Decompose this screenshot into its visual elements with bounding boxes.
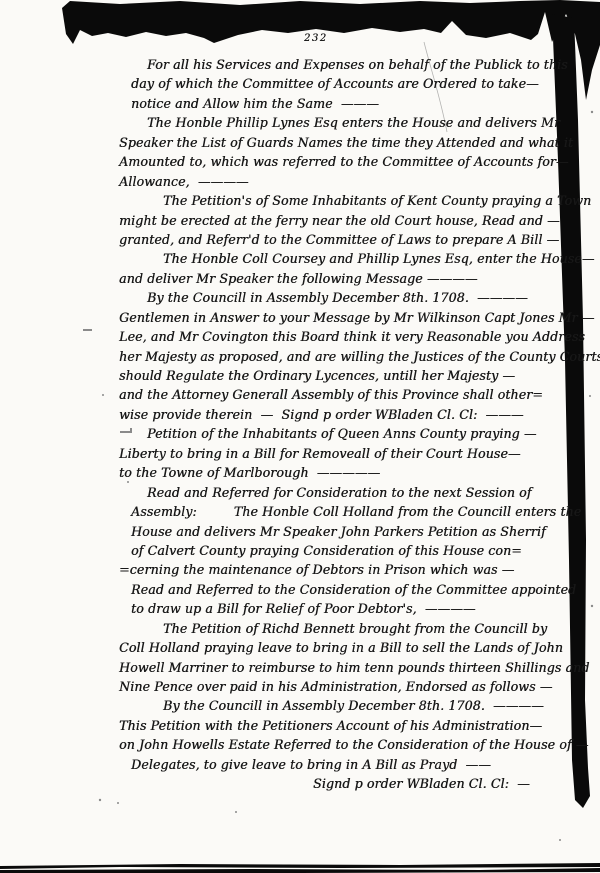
manuscript-line: The Petition of Richd Bennett brought fr… [163,619,600,638]
manuscript-line: =cerning the maintenance of Debtors in P… [119,560,600,579]
manuscript-line: might be erected at the ferry near the o… [119,211,600,230]
manuscript-line: day of which the Committee of Accounts a… [131,74,600,93]
scanned-page: 232 For all his Services and Expenses on… [0,0,600,873]
manuscript-line: Allowance, ———— [119,172,600,191]
manuscript-line: should Regulate the Ordinary Lycences, u… [119,366,600,385]
manuscript-line: Speaker the List of Guards Names the tim… [119,133,600,152]
manuscript-line: and the Attorney Generall Assembly of th… [119,385,600,404]
manuscript-line: granted, and Referr'd to the Committee o… [119,230,600,249]
manuscript-line: This Petition with the Petitioners Accou… [119,716,600,735]
manuscript-line: her Majesty as proposed, and are willing… [119,347,600,366]
manuscript-line: Nine Pence over paid in his Administrati… [119,677,600,696]
manuscript-line: notice and Allow him the Same ——— [131,94,600,113]
manuscript-line: House and delivers Mr Speaker John Parke… [131,522,600,541]
scan-artifact-bottom-edge-2 [0,868,600,873]
manuscript-line: The Honble Coll Coursey and Phillip Lyne… [163,249,600,268]
manuscript-line: to draw up a Bill for Relief of Poor Deb… [131,599,600,618]
manuscript-line: Petition of the Inhabitants of Queen Ann… [147,424,600,443]
manuscript-line: Read and Referred for Consideration to t… [147,483,600,502]
manuscript-line: The Honble Phillip Lynes Esq enters the … [147,113,600,132]
manuscript-line: on John Howells Estate Referred to the C… [119,735,600,754]
manuscript-line: By the Councill in Assembly December 8th… [147,288,600,307]
manuscript-line: Howell Marriner to reimburse to him tenn… [119,658,600,677]
manuscript-line: and deliver Mr Speaker the following Mes… [119,269,600,288]
page-number: 232 [304,33,328,44]
manuscript-line: Lee, and Mr Covington this Board think i… [119,327,600,346]
manuscript-line: to the Towne of Marlborough ————— [119,463,600,482]
manuscript-line: Gentlemen in Answer to your Message by M… [119,308,600,327]
manuscript-line: Amounted to, which was referred to the C… [119,152,600,171]
manuscript-lines: For all his Services and Expenses on beh… [0,55,600,794]
manuscript-line: Delegates, to give leave to bring in A B… [131,755,600,774]
manuscript-line: The Petition's of Some Inhabitants of Ke… [163,191,600,210]
manuscript-line: Liberty to bring in a Bill for Removeall… [119,444,600,463]
manuscript-line: By the Councill in Assembly December 8th… [163,696,600,715]
manuscript-line: For all his Services and Expenses on beh… [147,55,600,74]
scan-artifact-bottom-edge [0,863,600,869]
manuscript-line: Read and Referred to the Consideration o… [131,580,600,599]
manuscript-line: Signd p order WBladen Cl. Cl: — [313,774,600,793]
manuscript-line: Coll Holland praying leave to bring in a… [119,638,600,657]
manuscript-line: wise provide therein — Signd p order WBl… [119,405,600,424]
manuscript-line: of Calvert County praying Consideration … [131,541,600,560]
manuscript-line: Assembly: The Honble Coll Holland from t… [131,502,600,521]
